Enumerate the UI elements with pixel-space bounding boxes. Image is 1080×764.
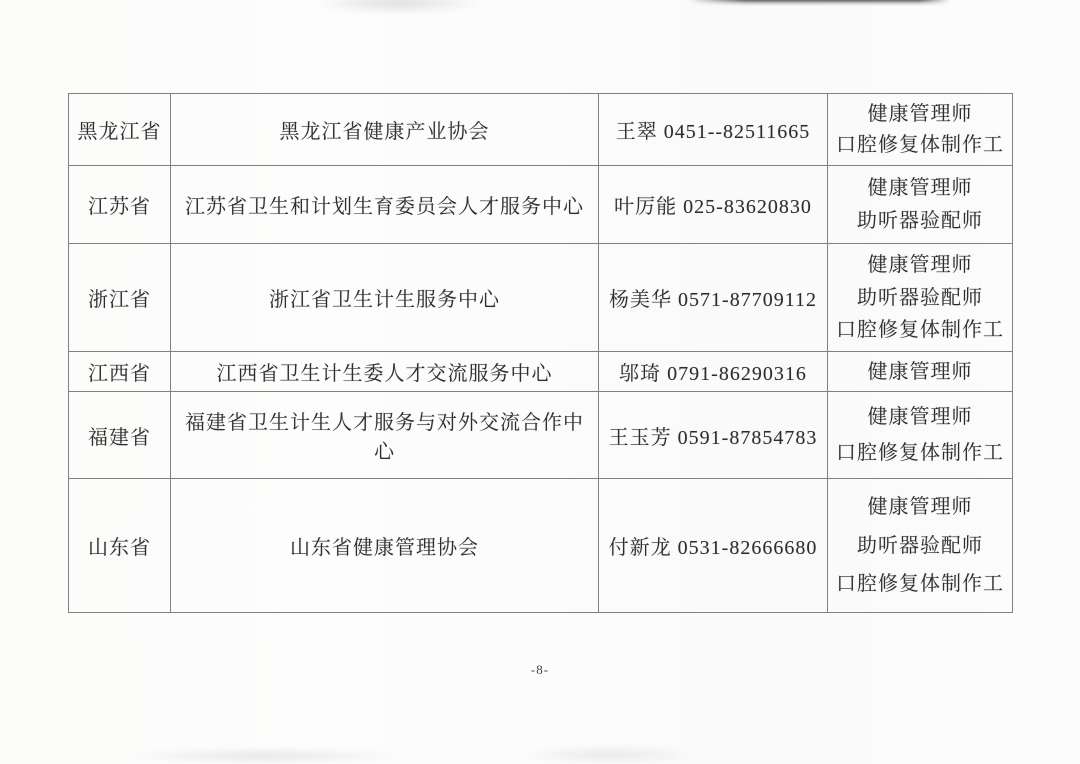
- certifications-cell: 健康管理师助听器验配师: [828, 166, 1013, 244]
- certification-label: 健康管理师: [868, 496, 973, 518]
- certification-label: 口腔修复体制作工: [836, 134, 1004, 156]
- certification-label: 健康管理师: [868, 406, 973, 428]
- province-cell: 山东省: [69, 479, 171, 613]
- scan-smudge-top: [318, 0, 478, 13]
- contact-cell: 王玉芳 0591-87854783: [599, 392, 828, 479]
- province-cell: 江苏省: [69, 166, 171, 244]
- certifications-cell: 健康管理师: [828, 352, 1013, 392]
- certification-list: 健康管理师: [828, 352, 1012, 391]
- certification-label: 健康管理师: [868, 254, 973, 276]
- page-number: -8-: [0, 662, 1080, 678]
- certification-label: 口腔修复体制作工: [836, 573, 1004, 595]
- organization-cell: 黑龙江省健康产业协会: [171, 94, 599, 166]
- organization-cell: 山东省健康管理协会: [171, 479, 599, 613]
- certification-label: 助听器验配师: [857, 210, 983, 232]
- organization-cell: 江苏省卫生和计划生育委员会人才服务中心: [171, 166, 599, 244]
- organization-cell: 江西省卫生计生委人才交流服务中心: [171, 352, 599, 392]
- organization-cell: 福建省卫生计生人才服务与对外交流合作中心: [171, 392, 599, 479]
- table-row: 黑龙江省黑龙江省健康产业协会王翠 0451--82511665健康管理师口腔修复…: [69, 94, 1013, 166]
- certifications-cell: 健康管理师助听器验配师口腔修复体制作工: [828, 244, 1013, 352]
- province-cell: 黑龙江省: [69, 94, 171, 166]
- province-cell: 江西省: [69, 352, 171, 392]
- certification-label: 健康管理师: [868, 361, 973, 383]
- table-row: 山东省山东省健康管理协会付新龙 0531-82666680健康管理师助听器验配师…: [69, 479, 1013, 613]
- certification-list: 健康管理师助听器验配师口腔修复体制作工: [828, 244, 1012, 351]
- organization-cell: 浙江省卫生计生服务中心: [171, 244, 599, 352]
- certification-list: 健康管理师口腔修复体制作工: [828, 94, 1012, 165]
- scan-smudge-bottom-left: [120, 748, 410, 764]
- contact-cell: 杨美华 0571-87709112: [599, 244, 828, 352]
- certification-label: 助听器验配师: [857, 535, 983, 557]
- certification-label: 助听器验配师: [857, 287, 983, 309]
- certification-label: 口腔修复体制作工: [836, 442, 1004, 464]
- certification-label: 口腔修复体制作工: [836, 319, 1004, 341]
- contact-cell: 邬琦 0791-86290316: [599, 352, 828, 392]
- certification-list: 健康管理师助听器验配师口腔修复体制作工: [828, 479, 1012, 612]
- table-row: 江西省江西省卫生计生委人才交流服务中心邬琦 0791-86290316健康管理师: [69, 352, 1013, 392]
- certification-label: 健康管理师: [868, 177, 973, 199]
- table-row: 福建省福建省卫生计生人才服务与对外交流合作中心王玉芳 0591-87854783…: [69, 392, 1013, 479]
- certifications-cell: 健康管理师口腔修复体制作工: [828, 392, 1013, 479]
- scan-smudge-bottom-center: [520, 746, 700, 764]
- contact-cell: 叶厉能 025-83620830: [599, 166, 828, 244]
- certification-list: 健康管理师助听器验配师: [828, 166, 1012, 243]
- province-cell: 浙江省: [69, 244, 171, 352]
- provider-contact-table: 黑龙江省黑龙江省健康产业协会王翠 0451--82511665健康管理师口腔修复…: [68, 93, 1013, 613]
- scan-edge-shadow-top: [688, 0, 950, 6]
- contact-cell: 王翠 0451--82511665: [599, 94, 828, 166]
- table-row: 浙江省浙江省卫生计生服务中心杨美华 0571-87709112健康管理师助听器验…: [69, 244, 1013, 352]
- table-row: 江苏省江苏省卫生和计划生育委员会人才服务中心叶厉能 025-83620830健康…: [69, 166, 1013, 244]
- certification-label: 健康管理师: [868, 103, 973, 125]
- certifications-cell: 健康管理师助听器验配师口腔修复体制作工: [828, 479, 1013, 613]
- certifications-cell: 健康管理师口腔修复体制作工: [828, 94, 1013, 166]
- province-cell: 福建省: [69, 392, 171, 479]
- contact-cell: 付新龙 0531-82666680: [599, 479, 828, 613]
- certification-list: 健康管理师口腔修复体制作工: [828, 392, 1012, 478]
